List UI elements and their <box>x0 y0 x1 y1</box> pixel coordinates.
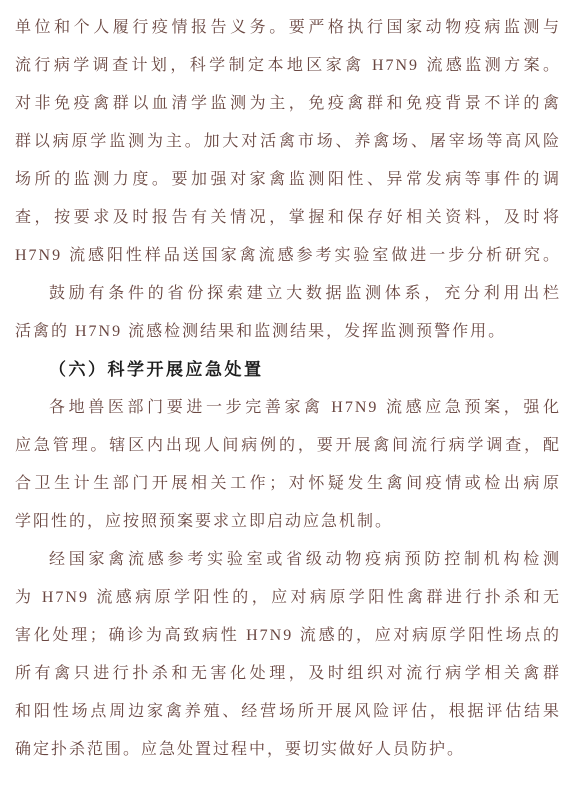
text-line: 害化处理；确诊为高致病性 H7N9 流感的，应对病原学阳性场点的 <box>15 617 561 655</box>
text-line: 鼓励有条件的省份探索建立大数据监测体系，充分利用出栏 <box>15 275 561 313</box>
text-line: 查，按要求及时报告有关情况，掌握和保存好相关资料，及时将 <box>15 199 561 237</box>
text-line: 群以病原学监测为主。加大对活禽市场、养禽场、屠宰场等高风险 <box>15 123 561 161</box>
document-body: 单位和个人履行疫情报告义务。要严格执行国家动物疫病监测与流行病学调查计划，科学制… <box>15 9 561 769</box>
text-line: 应急管理。辖区内出现人间病例的，要开展禽间流行病学调查，配 <box>15 427 561 465</box>
text-line: 经国家禽流感参考实验室或省级动物疫病预防控制机构检测 <box>15 541 561 579</box>
text-line: 和阳性场点周边家禽养殖、经营场所开展风险评估，根据评估结果 <box>15 693 561 731</box>
paragraph: 经国家禽流感参考实验室或省级动物疫病预防控制机构检测为 H7N9 流感病原学阳性… <box>15 541 561 769</box>
section-heading: （六）科学开展应急处置 <box>15 351 561 389</box>
text-line: 确定扑杀范围。应急处置过程中，要切实做好人员防护。 <box>15 731 561 769</box>
text-line: 流行病学调查计划，科学制定本地区家禽 H7N9 流感监测方案。 <box>15 47 561 85</box>
text-line: 学阳性的，应按照预案要求立即启动应急机制。 <box>15 503 561 541</box>
text-line: 所有禽只进行扑杀和无害化处理，及时组织对流行病学相关禽群 <box>15 655 561 693</box>
text-line: 各地兽医部门要进一步完善家禽 H7N9 流感应急预案，强化 <box>15 389 561 427</box>
text-line: H7N9 流感阳性样品送国家禽流感参考实验室做进一步分析研究。 <box>15 237 561 275</box>
text-line: 合卫生计生部门开展相关工作；对怀疑发生禽间疫情或检出病原 <box>15 465 561 503</box>
heading-text: （六）科学开展应急处置 <box>15 351 561 389</box>
document-page: 单位和个人履行疫情报告义务。要严格执行国家动物疫病监测与流行病学调查计划，科学制… <box>0 0 577 785</box>
paragraph: 鼓励有条件的省份探索建立大数据监测体系，充分利用出栏活禽的 H7N9 流感检测结… <box>15 275 561 351</box>
text-line: 为 H7N9 流感病原学阳性的，应对病原学阳性禽群进行扑杀和无 <box>15 579 561 617</box>
text-line: 场所的监测力度。要加强对家禽监测阳性、异常发病等事件的调 <box>15 161 561 199</box>
paragraph: 各地兽医部门要进一步完善家禽 H7N9 流感应急预案，强化应急管理。辖区内出现人… <box>15 389 561 541</box>
text-line: 对非免疫禽群以血清学监测为主，免疫禽群和免疫背景不详的禽 <box>15 85 561 123</box>
text-line: 活禽的 H7N9 流感检测结果和监测结果，发挥监测预警作用。 <box>15 313 561 351</box>
text-line: 单位和个人履行疫情报告义务。要严格执行国家动物疫病监测与 <box>15 9 561 47</box>
paragraph: 单位和个人履行疫情报告义务。要严格执行国家动物疫病监测与流行病学调查计划，科学制… <box>15 9 561 275</box>
